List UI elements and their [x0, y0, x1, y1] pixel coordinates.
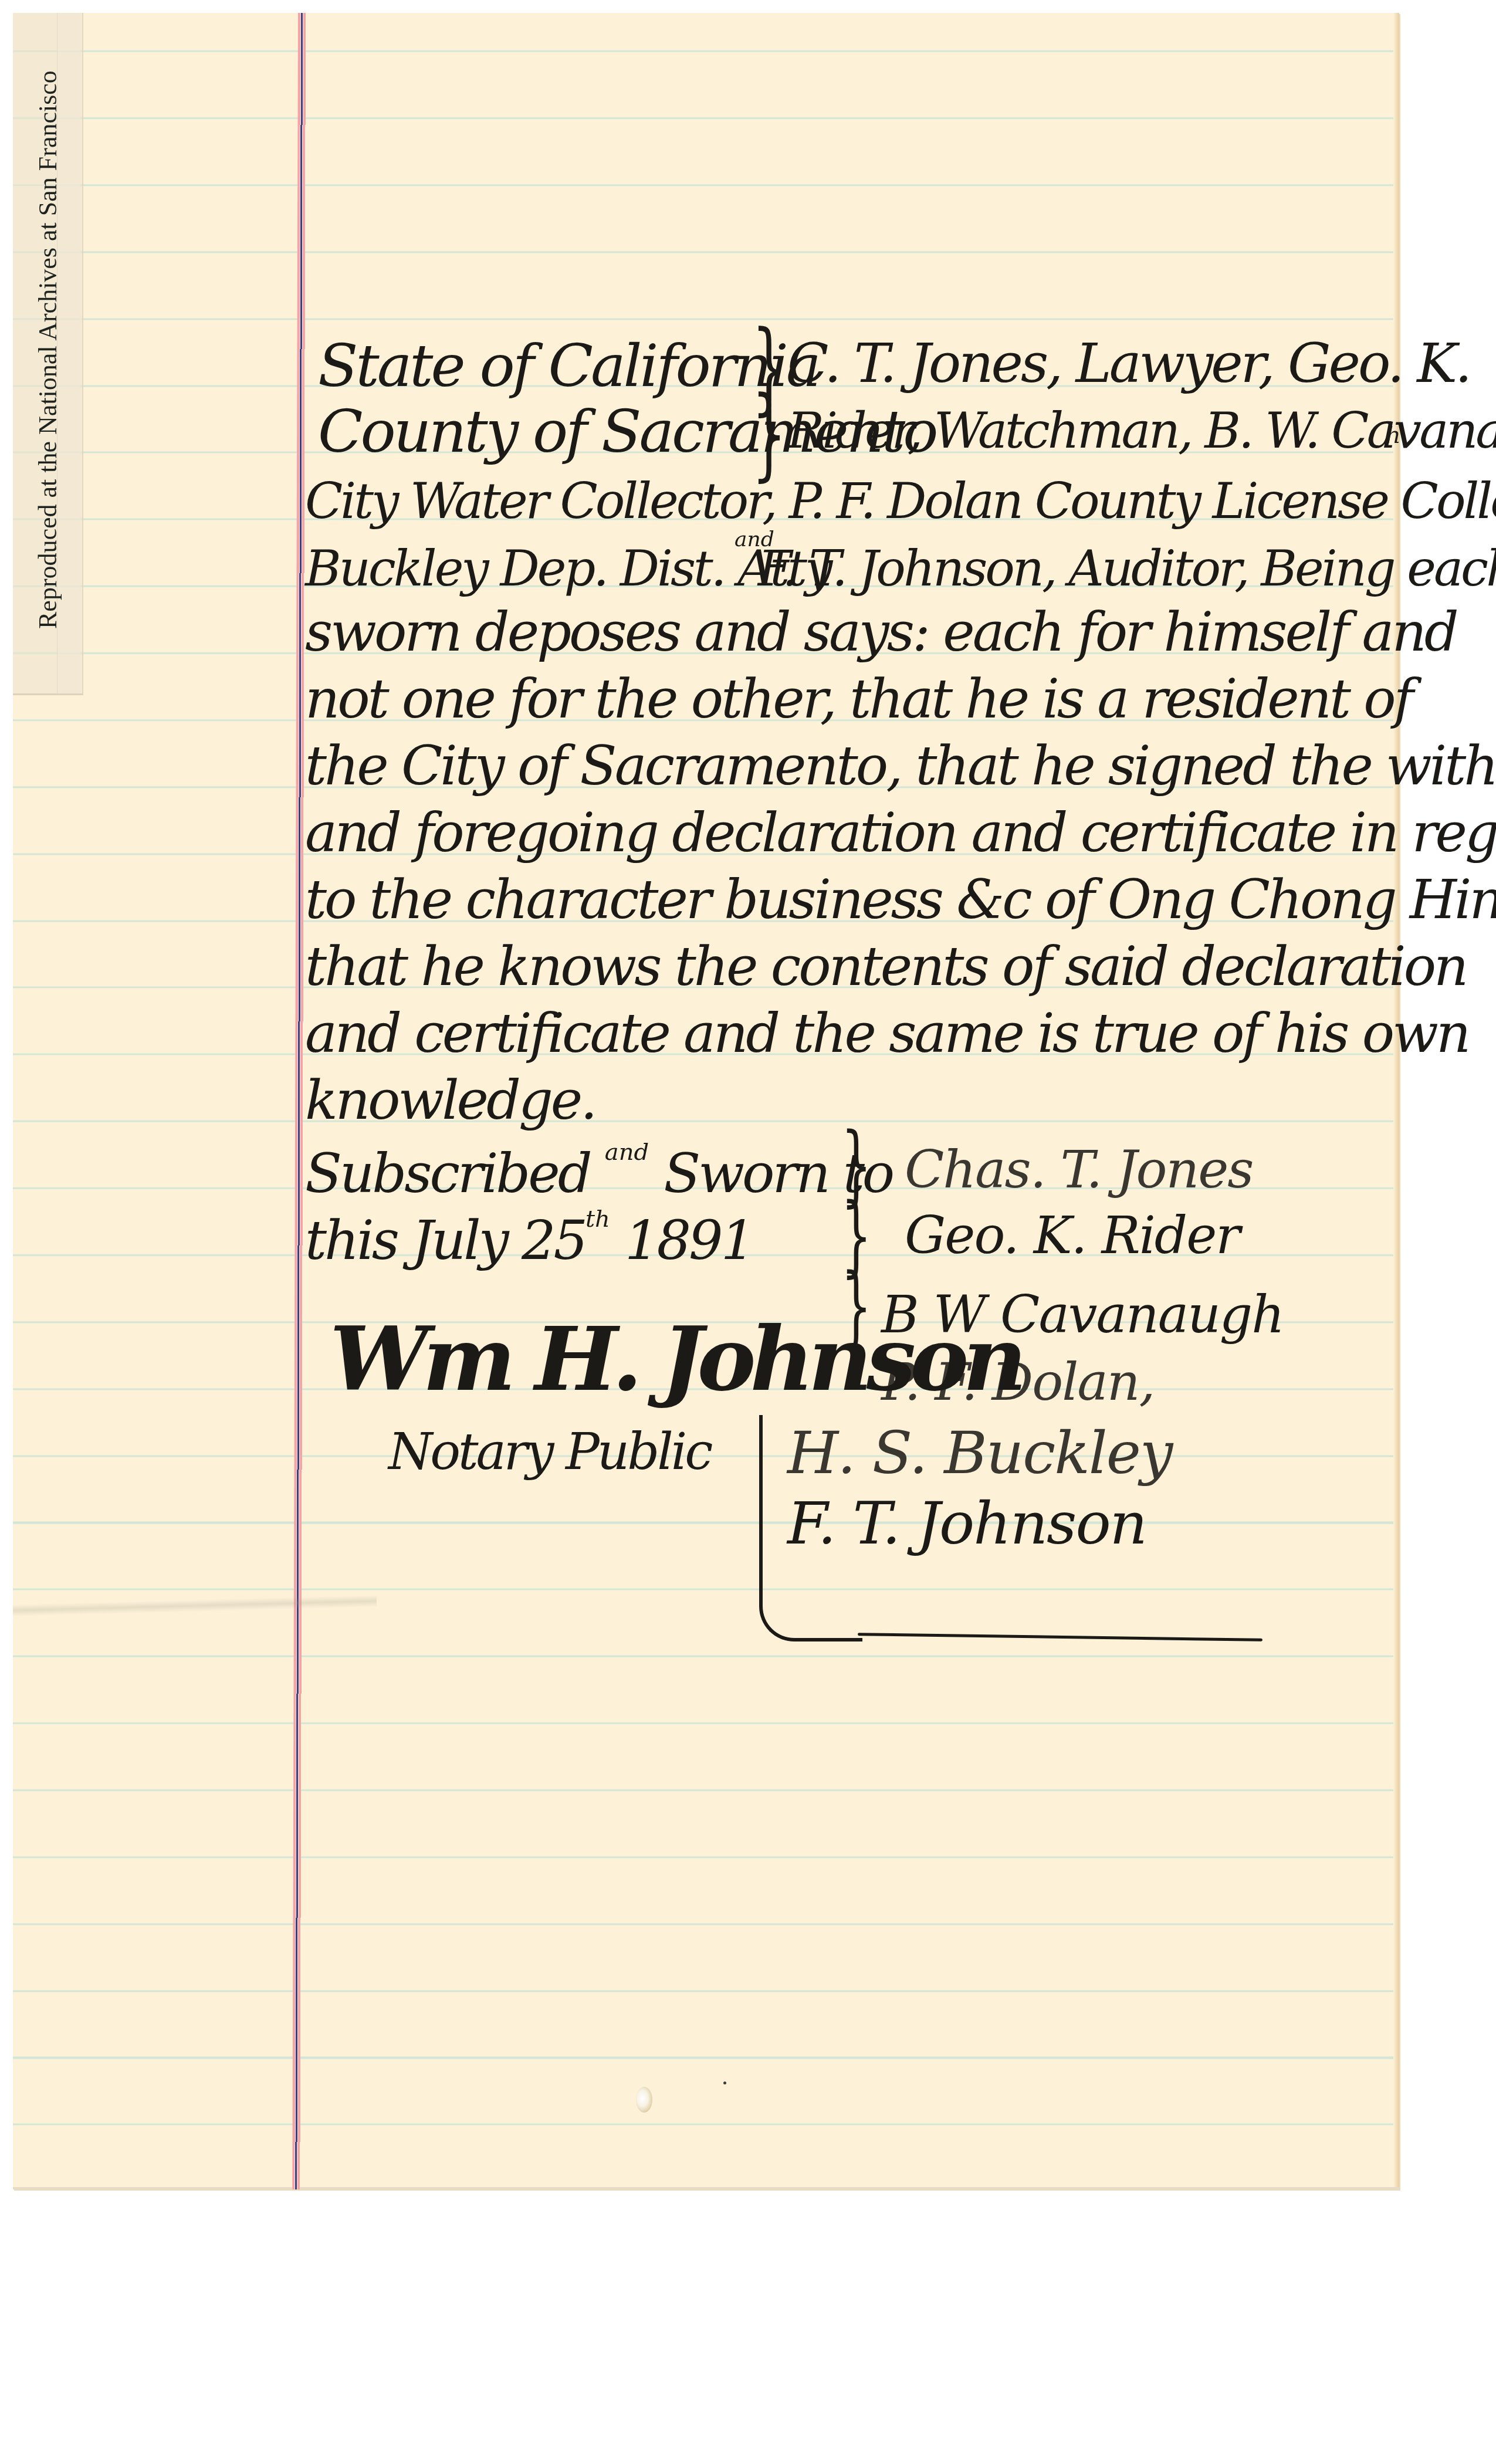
notary-signature: Wm H. Johnson: [330, 1315, 1021, 1403]
signature-buckley: H. S. Buckley: [787, 1424, 1172, 1483]
signature-johnson: F. T. Johnson: [787, 1494, 1146, 1553]
body-line-4: not one for the other, that he is a resi…: [305, 672, 1412, 726]
jurat-date: this July 25: [305, 1209, 585, 1272]
document-page: Reproduced at the National Archives at S…: [13, 13, 1399, 2189]
body-line-9: and certificate and the same is true of …: [305, 1007, 1468, 1061]
heading-brace-bottom: }: [752, 384, 786, 483]
ink-speck: [723, 2081, 726, 2084]
body-line-7: to the character business &c of Ong Chon…: [305, 873, 1496, 927]
jurat-line-1: Subscribed and Sworn to: [305, 1140, 892, 1201]
cavanaugh-superscript: h: [1386, 424, 1401, 447]
jurat-subscribed: Subscribed: [305, 1142, 590, 1205]
margin-rule: [292, 13, 306, 2189]
body-line-1: City Water Collector, P. F. Dolan County…: [305, 476, 1496, 526]
body-line-2-end: F. T. Johnson, Auditor, Being each first…: [758, 544, 1496, 593]
paper-bottom-edge: [13, 2187, 1399, 2189]
jurat-line-2: this July 25th 1891: [305, 1207, 753, 1268]
body-line-8: that he knows the contents of said decla…: [305, 940, 1466, 994]
signature-rider: Geo. K. Rider: [905, 1210, 1239, 1261]
archive-label: Reproduced at the National Archives at S…: [33, 70, 63, 629]
jurat-year: 1891: [625, 1209, 753, 1272]
body-line-5: the City of Sacramento, that he signed t…: [305, 739, 1496, 793]
notary-title: Notary Public: [388, 1427, 710, 1477]
signature-flourish-underline: [858, 1633, 1263, 1641]
signature-jones: Chas. T. Jones: [905, 1144, 1253, 1196]
jurat-and-superscript: and: [605, 1139, 649, 1166]
jurat-date-suffix: th: [585, 1206, 610, 1233]
punch-hole: [636, 2087, 652, 2113]
body-line-6: and foregoing declaration and certificat…: [305, 806, 1496, 860]
affiants-intro-line-1: C. T. Jones, Lawyer, Geo. K.: [787, 337, 1470, 391]
body-line-10: knowledge.: [305, 1074, 595, 1128]
heading-state: State of California: [318, 337, 819, 395]
fold-crease: [13, 1595, 377, 1616]
body-line-3: sworn deposes and says: each for himself…: [305, 605, 1457, 659]
